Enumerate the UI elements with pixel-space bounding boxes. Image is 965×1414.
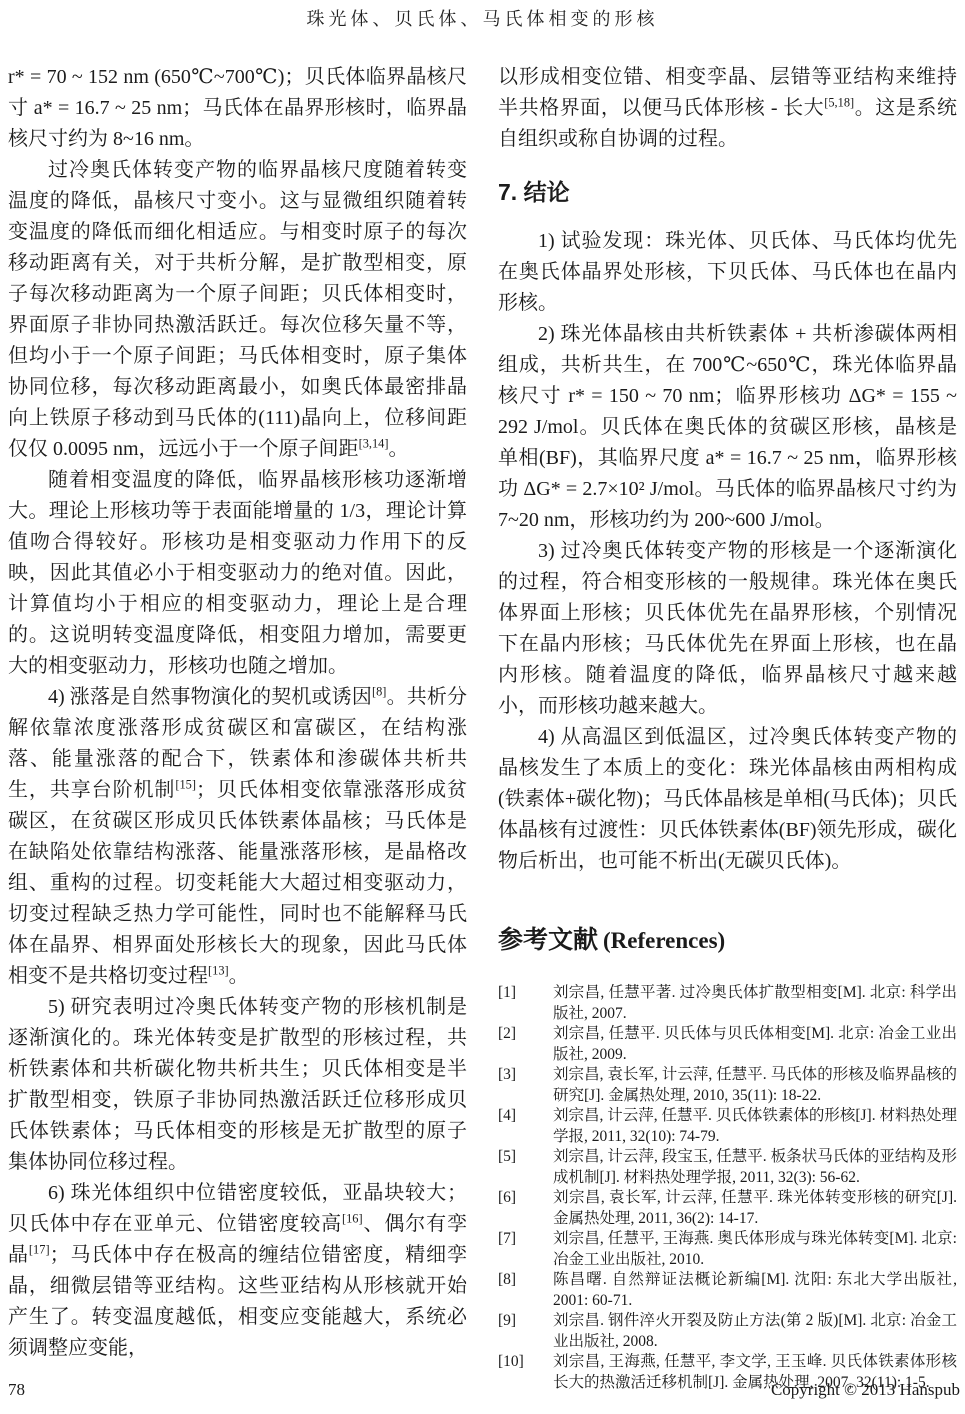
page-footer: 78 Copyright © 2013 Hanspub xyxy=(8,1380,960,1400)
copyright-notice: Copyright © 2013 Hanspub xyxy=(771,1380,960,1400)
left-column: r* = 70 ~ 152 nm (650℃~700℃)；贝氏体临界晶核尺寸 a… xyxy=(8,62,467,1393)
page-number: 78 xyxy=(8,1380,25,1400)
reference-text: 刘宗昌, 任慧平. 贝氏体与贝氏体相变[M]. 北京: 冶金工业出版社, 200… xyxy=(553,1025,957,1063)
paragraph-item-5-mechanism: 5) 研究表明过冷奥氏体转变产物的形核机制是逐渐演化的。珠光体转变是扩散型的形核… xyxy=(8,992,467,1178)
reference-item: [1] 刘宗昌, 任慧平著. 过冷奥氏体扩散型相变[M]. 北京: 科学出版社,… xyxy=(498,983,957,1024)
right-column: 以形成相变位错、相变孪晶、层错等亚结构来维持半共格界面，以便马氏体形核 - 长大… xyxy=(498,62,957,1393)
reference-item: [4] 刘宗昌, 计云萍, 任慧平. 贝氏体铁素体的形核[J]. 材料热处理学报… xyxy=(498,1106,957,1147)
paragraph-continuation-substructure: 以形成相变位错、相变孪晶、层错等亚结构来维持半共格界面，以便马氏体形核 - 长大… xyxy=(498,62,957,155)
reference-number: [2] xyxy=(498,1024,516,1045)
conclusion-item-2: 2) 珠光体晶核由共析铁素体 + 共析渗碳体两相组成，共析共生，在 700℃~6… xyxy=(498,319,957,536)
reference-text: 刘宗昌. 钢件淬火开裂及防止方法(第 2 版)[M]. 北京: 冶金工业出版社,… xyxy=(553,1312,957,1350)
reference-number: [6] xyxy=(498,1188,516,1209)
reference-item: [3] 刘宗昌, 袁长军, 计云萍, 任慧平. 马氏体的形核及临界晶核的研究[J… xyxy=(498,1065,957,1106)
paragraph-critical-nucleus-size: 过冷奥氏体转变产物的临界晶核尺度随着转变温度的降低，晶核尺寸变小。这与显微组织随… xyxy=(8,155,467,465)
references-section-heading: 参考文献 (References) xyxy=(498,925,957,957)
paragraph-continuation-formula: r* = 70 ~ 152 nm (650℃~700℃)；贝氏体临界晶核尺寸 a… xyxy=(8,62,467,155)
conclusion-item-4: 4) 从高温区到低温区，过冷奥氏体转变产物的晶核发生了本质上的变化：珠光体晶核由… xyxy=(498,722,957,877)
paragraph-item-4-fluctuation: 4) 涨落是自然事物演化的契机或诱因[8]。共析分解依靠浓度涨落形成贫碳区和富碳… xyxy=(8,682,467,992)
running-head-title: 珠光体、贝氏体、马氏体相变的形核 xyxy=(8,8,957,30)
reference-text: 刘宗昌, 计云萍, 任慧平. 贝氏体铁素体的形核[J]. 材料热处理学报, 20… xyxy=(553,1107,957,1145)
conclusion-section-heading: 7. 结论 xyxy=(498,178,957,206)
reference-number: [1] xyxy=(498,983,516,1004)
reference-number: [5] xyxy=(498,1147,516,1168)
reference-text: 刘宗昌, 计云萍, 段宝玉, 任慧平. 板条状马氏体的亚结构及形成机制[J]. … xyxy=(553,1148,957,1186)
paragraph-item-6-substructure: 6) 珠光体组织中位错密度较低，亚晶块较大；贝氏体中存在亚单元、位错密度较高[1… xyxy=(8,1178,467,1364)
reference-item: [8] 陈昌曙. 自然辩证法概论新编[M]. 沈阳: 东北大学出版社, 2001… xyxy=(498,1270,957,1311)
reference-item: [6] 刘宗昌, 袁长军, 计云萍, 任慧平. 珠光体转变形核的研究[J]. 金… xyxy=(498,1188,957,1229)
reference-number: [3] xyxy=(498,1065,516,1086)
references-heading-en: (References) xyxy=(603,928,725,953)
two-column-body: r* = 70 ~ 152 nm (650℃~700℃)；贝氏体临界晶核尺寸 a… xyxy=(8,62,957,1393)
reference-item: [9] 刘宗昌. 钢件淬火开裂及防止方法(第 2 版)[M]. 北京: 冶金工业… xyxy=(498,1311,957,1352)
reference-number: [10] xyxy=(498,1352,524,1373)
references-list: [1] 刘宗昌, 任慧平著. 过冷奥氏体扩散型相变[M]. 北京: 科学出版社,… xyxy=(498,983,957,1393)
reference-item: [5] 刘宗昌, 计云萍, 段宝玉, 任慧平. 板条状马氏体的亚结构及形成机制[… xyxy=(498,1147,957,1188)
references-heading-zh: 参考文献 xyxy=(498,926,598,954)
reference-item: [7] 刘宗昌, 任慧平, 王海燕. 奥氏体形成与珠光体转变[M]. 北京: 冶… xyxy=(498,1229,957,1270)
reference-number: [4] xyxy=(498,1106,516,1127)
reference-number: [9] xyxy=(498,1311,516,1332)
reference-text: 刘宗昌, 袁长军, 计云萍, 任慧平. 珠光体转变形核的研究[J]. 金属热处理… xyxy=(553,1189,957,1227)
conclusion-item-3: 3) 过冷奥氏体转变产物的形核是一个逐渐演化的过程，符合相变形核的一般规律。珠光… xyxy=(498,536,957,722)
paper-page: 珠光体、贝氏体、马氏体相变的形核 r* = 70 ~ 152 nm (650℃~… xyxy=(0,0,965,1414)
conclusion-item-1: 1) 试验发现：珠光体、贝氏体、马氏体均优先在奥氏体晶界处形核，下贝氏体、马氏体… xyxy=(498,226,957,319)
reference-text: 刘宗昌, 任慧平著. 过冷奥氏体扩散型相变[M]. 北京: 科学出版社, 200… xyxy=(553,984,957,1022)
reference-text: 陈昌曙. 自然辩证法概论新编[M]. 沈阳: 东北大学出版社, 2001: 60… xyxy=(553,1271,957,1309)
reference-number: [7] xyxy=(498,1229,516,1250)
reference-number: [8] xyxy=(498,1270,516,1291)
paragraph-nucleation-work: 随着相变温度的降低，临界晶核形核功逐渐增大。理论上形核功等于表面能增量的 1/3… xyxy=(8,465,467,682)
reference-item: [2] 刘宗昌, 任慧平. 贝氏体与贝氏体相变[M]. 北京: 冶金工业出版社,… xyxy=(498,1024,957,1065)
reference-text: 刘宗昌, 任慧平, 王海燕. 奥氏体形成与珠光体转变[M]. 北京: 冶金工业出… xyxy=(553,1230,957,1268)
reference-text: 刘宗昌, 袁长军, 计云萍, 任慧平. 马氏体的形核及临界晶核的研究[J]. 金… xyxy=(553,1066,957,1104)
